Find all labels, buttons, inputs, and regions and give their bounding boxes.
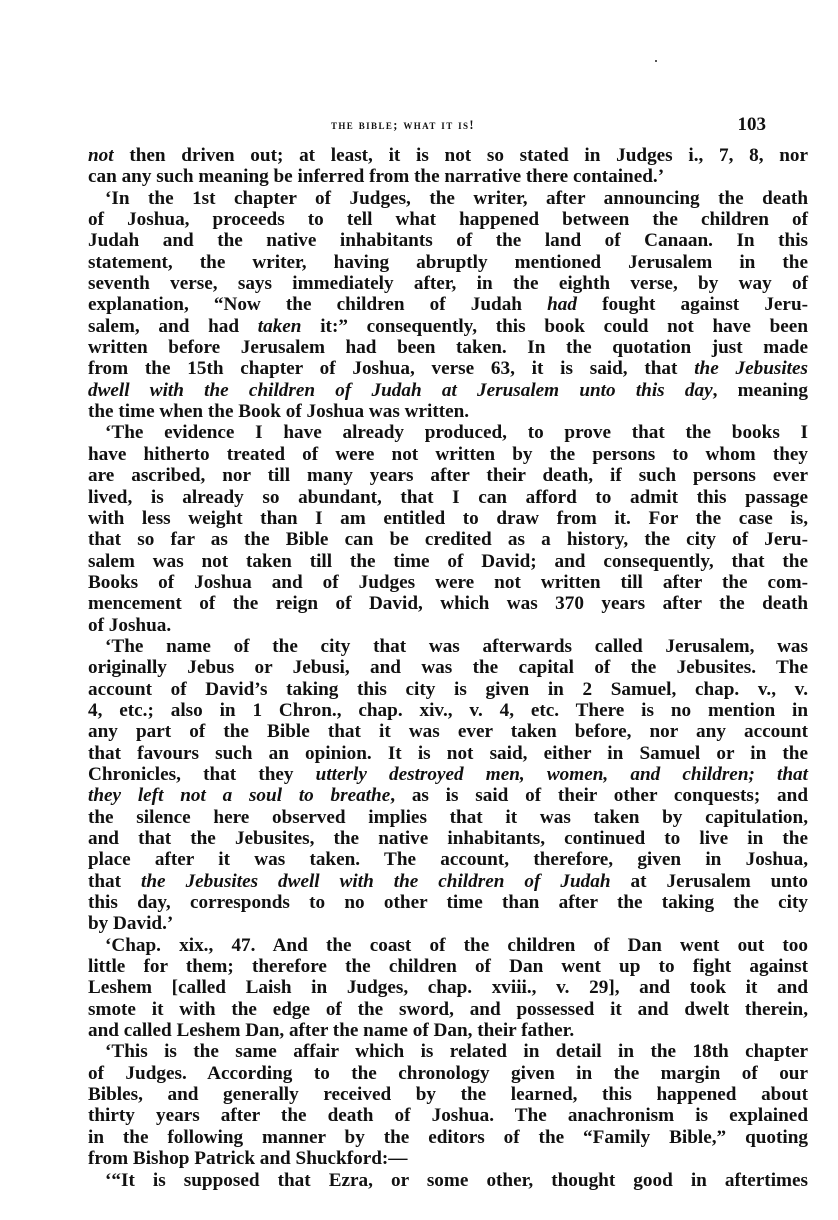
text-line: the silence here observed implies that i… <box>88 807 808 828</box>
text-segment: mencement of the reign of David, which w… <box>88 593 808 614</box>
text-line: Bibles, and generally received by the le… <box>88 1084 808 1105</box>
text-line: place after it was taken. The account, t… <box>88 849 808 870</box>
text-line: 4, etc.; also in 1 Chron., chap. xiv., v… <box>88 700 808 721</box>
text-segment: have hitherto treated of were not writte… <box>88 444 808 465</box>
text-line: by David.’ <box>88 913 808 934</box>
text-line: that favours such an opinion. It is not … <box>88 743 808 764</box>
italic-text: not <box>88 145 114 166</box>
text-segment: smote it with the edge of the sword, and… <box>88 999 808 1020</box>
text-line: that so far as the Bible can be credited… <box>88 529 808 550</box>
text-segment: can any such meaning be inferred from th… <box>88 166 664 187</box>
text-segment: account of David’s taking this city is g… <box>88 679 808 700</box>
text-segment: fought against Jeru- <box>577 294 808 315</box>
text-segment: ‘This is the same affair which is relate… <box>105 1041 808 1062</box>
text-line: from the 15th chapter of Joshua, verse 6… <box>88 358 808 379</box>
text-segment: thirty years after the death of Joshua. … <box>88 1105 808 1126</box>
text-segment: any part of the Bible that it was ever t… <box>88 721 808 742</box>
text-segment: explanation, “Now the children of Judah <box>88 294 547 315</box>
italic-text: the Jebusites dwell with the children of… <box>141 871 610 892</box>
text-segment: ‘Chap. xix., 47. And the coast of the ch… <box>105 935 808 956</box>
text-line: and called Leshem Dan, after the name of… <box>88 1020 808 1041</box>
text-line: ‘The evidence I have already produced, t… <box>88 422 808 443</box>
text-segment: from the 15th chapter of Joshua, verse 6… <box>88 358 694 379</box>
text-segment: Bibles, and generally received by the le… <box>88 1084 808 1105</box>
text-segment: seventh verse, says immediately after, i… <box>88 273 808 294</box>
text-line: any part of the Bible that it was ever t… <box>88 721 808 742</box>
text-segment: in the following manner by the editors o… <box>88 1127 808 1148</box>
text-line: ‘Chap. xix., 47. And the coast of the ch… <box>88 935 808 956</box>
text-line: they left not a soul to breathe, as is s… <box>88 785 808 806</box>
italic-text: taken <box>258 316 302 337</box>
text-line: salem was not taken till the time of Dav… <box>88 551 808 572</box>
text-line: have hitherto treated of were not writte… <box>88 444 808 465</box>
italic-text: the Jebusites <box>694 358 808 379</box>
text-segment: of Judges. According to the chronology g… <box>88 1063 808 1084</box>
text-line: in the following manner by the editors o… <box>88 1127 808 1148</box>
text-segment: and called Leshem Dan, after the name of… <box>88 1020 574 1041</box>
text-segment: Leshem [called Laish in Judges, chap. xv… <box>88 977 808 998</box>
text-segment: Chronicles, that they <box>88 764 316 785</box>
text-line: that the Jebusites dwell with the childr… <box>88 871 808 892</box>
text-segment: ‘The name of the city that was afterward… <box>105 636 808 657</box>
scan-speck <box>655 60 657 62</box>
text-line: of Joshua, proceeds to tell what happene… <box>88 209 808 230</box>
text-line: ‘The name of the city that was afterward… <box>88 636 808 657</box>
running-title: THE BIBLE; WHAT IT IS! <box>88 118 718 133</box>
text-segment: of Joshua, proceeds to tell what happene… <box>88 209 808 230</box>
text-segment: are ascribed, nor till many years after … <box>88 465 808 486</box>
text-segment: place after it was taken. The account, t… <box>88 849 808 870</box>
text-line: Judah and the native inhabitants of the … <box>88 230 808 251</box>
text-segment: ‘“It is supposed that Ezra, or some othe… <box>105 1170 808 1191</box>
italic-text: utterly destroyed men, women, and childr… <box>316 764 808 785</box>
text-segment: that <box>88 871 141 892</box>
text-segment: from Bishop Patrick and Shuckford:— <box>88 1148 407 1169</box>
text-line: the time when the Book of Joshua was wri… <box>88 401 808 422</box>
text-segment: originally Jebus or Jebusi, and was the … <box>88 657 808 678</box>
text-segment: it:” consequently, this book could not h… <box>301 316 808 337</box>
text-segment: at Jerusalem unto <box>611 871 809 892</box>
text-segment: salem, and had <box>88 316 258 337</box>
text-line: not then driven out; at least, it is not… <box>88 145 808 166</box>
text-line: salem, and had taken it:” consequently, … <box>88 316 808 337</box>
text-segment: the time when the Book of Joshua was wri… <box>88 401 469 422</box>
running-head: THE BIBLE; WHAT IT IS! 103 <box>88 114 808 138</box>
text-segment: then driven out; at least, it is not so … <box>114 145 808 166</box>
page-number: 103 <box>738 114 767 136</box>
text-line: explanation, “Now the children of Judah … <box>88 294 808 315</box>
text-segment: , meaning <box>713 380 808 401</box>
text-line: and that the Jebusites, the native inhab… <box>88 828 808 849</box>
text-segment: statement, the writer, having abruptly m… <box>88 252 808 273</box>
text-segment: and that the Jebusites, the native inhab… <box>88 828 808 849</box>
text-segment: of Joshua. <box>88 615 171 636</box>
text-line: of Judges. According to the chronology g… <box>88 1063 808 1084</box>
text-segment: that so far as the Bible can be credited… <box>88 529 808 550</box>
text-line: mencement of the reign of David, which w… <box>88 593 808 614</box>
text-segment: that favours such an opinion. It is not … <box>88 743 808 764</box>
text-segment: Judah and the native inhabitants of the … <box>88 230 808 251</box>
text-line: dwell with the children of Judah at Jeru… <box>88 380 808 401</box>
text-segment: by David.’ <box>88 913 173 934</box>
text-line: Chronicles, that they utterly destroyed … <box>88 764 808 785</box>
text-line: little for them; therefore the children … <box>88 956 808 977</box>
text-line: from Bishop Patrick and Shuckford:— <box>88 1148 808 1169</box>
text-line: lived, is already so abundant, that I ca… <box>88 487 808 508</box>
text-segment: the silence here observed implies that i… <box>88 807 808 828</box>
text-line: ‘In the 1st chapter of Judges, the write… <box>88 188 808 209</box>
text-line: account of David’s taking this city is g… <box>88 679 808 700</box>
text-line: of Joshua. <box>88 615 808 636</box>
text-line: seventh verse, says immediately after, i… <box>88 273 808 294</box>
text-line: written before Jerusalem had been taken.… <box>88 337 808 358</box>
italic-text: dwell with the children of Judah at Jeru… <box>88 380 713 401</box>
text-segment: salem was not taken till the time of Dav… <box>88 551 808 572</box>
text-line: with less weight than I am entitled to d… <box>88 508 808 529</box>
text-segment: this day, corresponds to no other time t… <box>88 892 808 913</box>
body-text: not then driven out; at least, it is not… <box>88 145 808 1191</box>
text-line: this day, corresponds to no other time t… <box>88 892 808 913</box>
text-segment: written before Jerusalem had been taken.… <box>88 337 808 358</box>
text-line: Leshem [called Laish in Judges, chap. xv… <box>88 977 808 998</box>
text-line: thirty years after the death of Joshua. … <box>88 1105 808 1126</box>
text-segment: 4, etc.; also in 1 Chron., chap. xiv., v… <box>88 700 808 721</box>
text-line: smote it with the edge of the sword, and… <box>88 999 808 1020</box>
text-segment: ‘The evidence I have already produced, t… <box>105 422 808 443</box>
text-line: statement, the writer, having abruptly m… <box>88 252 808 273</box>
text-line: ‘This is the same affair which is relate… <box>88 1041 808 1062</box>
text-line: are ascribed, nor till many years after … <box>88 465 808 486</box>
text-line: ‘“It is supposed that Ezra, or some othe… <box>88 1170 808 1191</box>
text-line: can any such meaning be inferred from th… <box>88 166 808 187</box>
text-segment: little for them; therefore the children … <box>88 956 808 977</box>
text-segment: Books of Joshua and of Judges were not w… <box>88 572 808 593</box>
text-segment: ‘In the 1st chapter of Judges, the write… <box>105 188 808 209</box>
text-segment: , as is said of their other conquests; a… <box>390 785 808 806</box>
text-segment: with less weight than I am entitled to d… <box>88 508 808 529</box>
italic-text: they left not a soul to breathe <box>88 785 390 806</box>
italic-text: had <box>547 294 577 315</box>
text-line: Books of Joshua and of Judges were not w… <box>88 572 808 593</box>
text-line: originally Jebus or Jebusi, and was the … <box>88 657 808 678</box>
text-segment: lived, is already so abundant, that I ca… <box>88 487 808 508</box>
